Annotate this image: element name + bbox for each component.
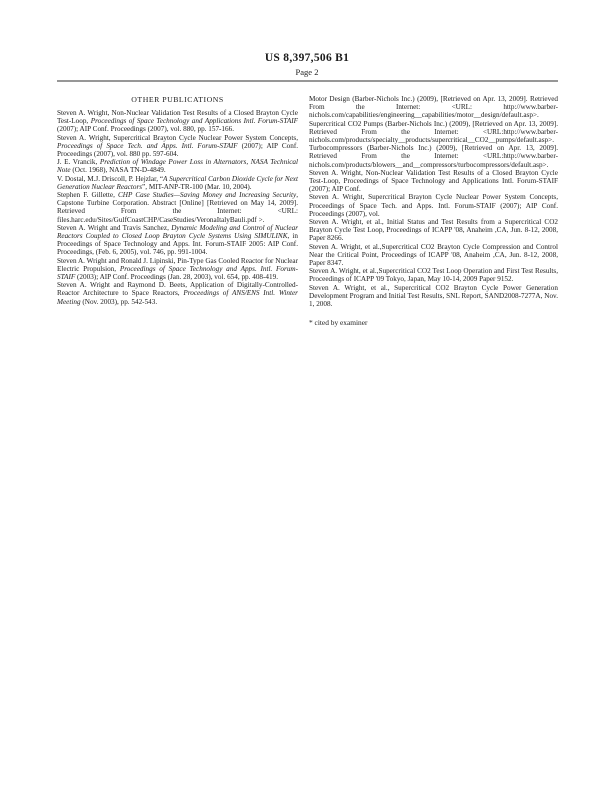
citation-entry: Supercritical CO2 Pumps (Barber-Nichols … [309,120,558,145]
right-column: Motor Design (Barber-Nichols Inc.) (2009… [309,95,558,327]
citation-entry: Stephen F. Gillette, CHP Case Studies—Sa… [57,191,298,224]
citation-entry: Steven A. Wright and Travis Sanchez, Dyn… [57,224,298,257]
citation-entry: Steven A. Wright, et al., Initial Status… [309,218,558,243]
cited-by-examiner-note: * cited by examiner [309,319,558,327]
page-header: US 8,397,506 B1 Page 2 [0,52,614,77]
other-publications-heading: OTHER PUBLICATIONS [57,95,298,104]
citation-entry: Steven A. Wright, Non-Nuclear Validation… [57,109,298,134]
citation-entry: Steven A. Wright, Supercritical Brayton … [57,134,298,159]
patent-number: US 8,397,506 B1 [0,52,614,64]
right-citations: Motor Design (Barber-Nichols Inc.) (2009… [309,95,558,308]
citation-entry: Steven A. Wright and Ronald J. Lipinski,… [57,257,298,282]
page-number-label: Page 2 [0,67,614,77]
publications-columns: OTHER PUBLICATIONS Steven A. Wright, Non… [57,95,558,327]
citation-entry: Steven A. Wright, Supercritical Brayton … [309,193,558,218]
citation-entry: Steven A. Wright, et al.,Supercritical C… [309,243,558,268]
citation-entry: Steven A. Wright, Non-Nuclear Validation… [309,169,558,194]
citation-entry: Motor Design (Barber-Nichols Inc.) (2009… [309,95,558,120]
left-citations: Steven A. Wright, Non-Nuclear Validation… [57,109,298,306]
citation-entry: V. Dostal, M.J. Driscoll, P. Hejzlar, “A… [57,175,298,191]
citation-entry: Steven A. Wright, et al.,Supercritical C… [309,267,558,283]
citation-entry: Turbocompressors (Barber-Nichols Inc.) (… [309,144,558,169]
left-column: OTHER PUBLICATIONS Steven A. Wright, Non… [57,95,298,327]
citation-entry: Steven A. Wright and Raymond D. Beets, A… [57,281,298,306]
header-rule [57,80,558,82]
citation-entry: J. E. Vrancik, Prediction of Windage Pow… [57,158,298,174]
citation-entry: Steven A. Wright, et al., Supercritical … [309,284,558,309]
